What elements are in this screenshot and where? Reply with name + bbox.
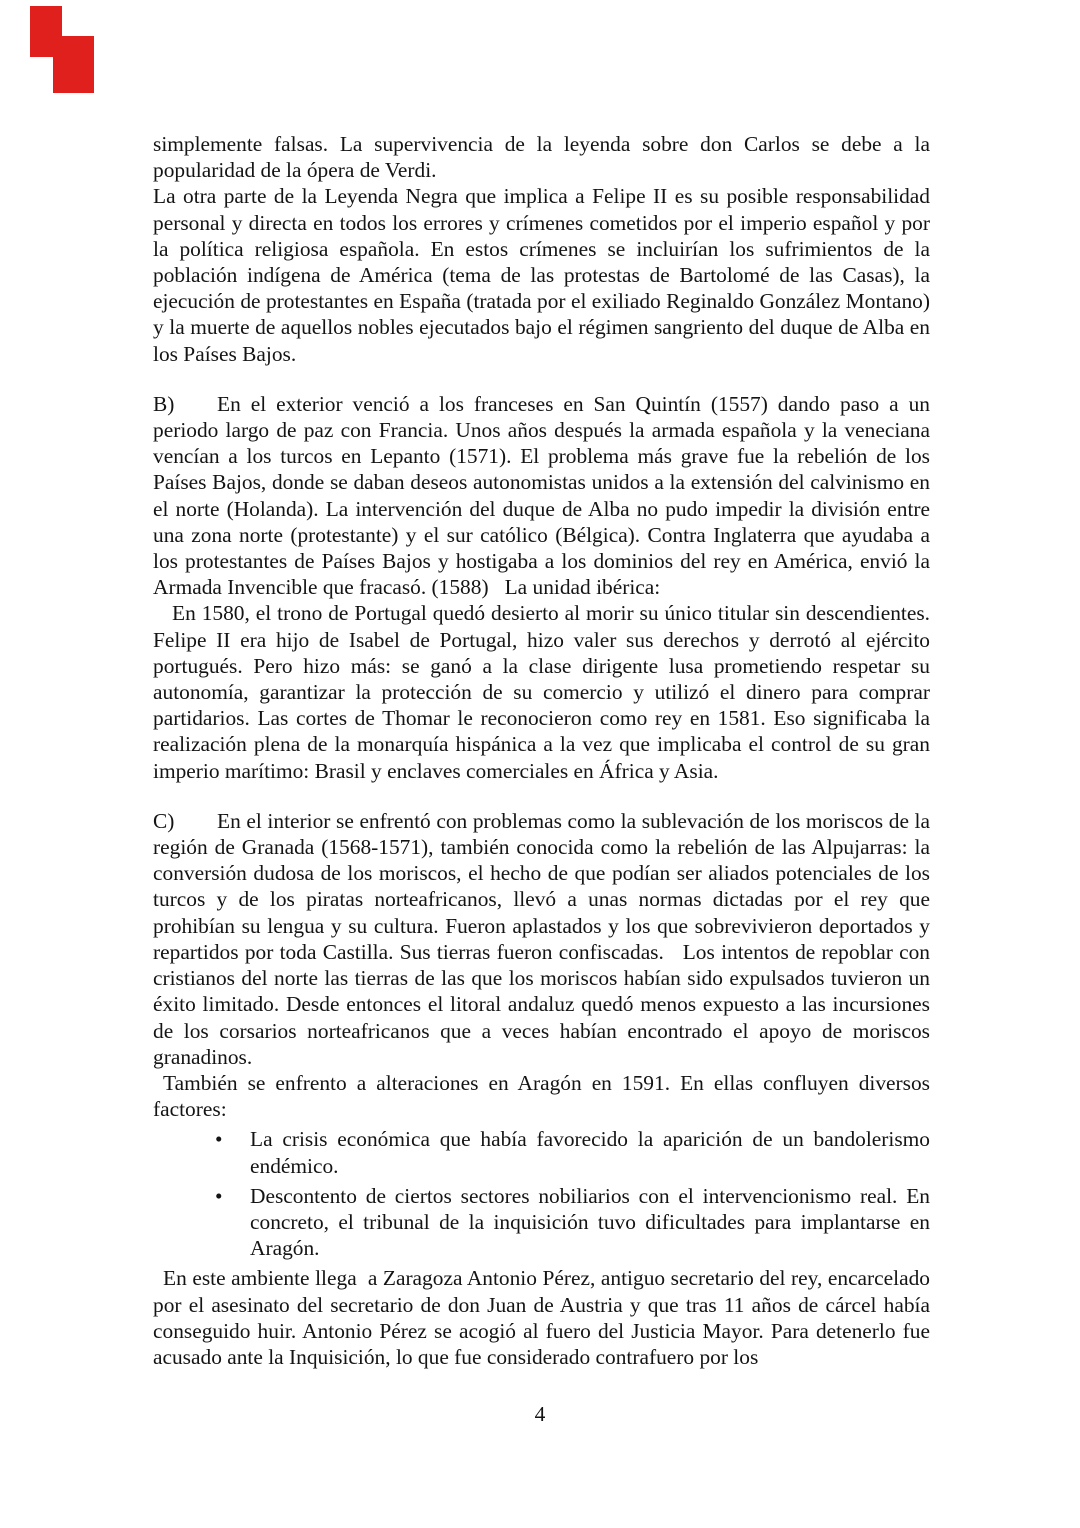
paragraph-portugal: En 1580, el trono de Portugal quedó desi… <box>153 600 930 783</box>
paragraph-aragon: También se enfrento a alteraciones en Ar… <box>153 1070 930 1122</box>
paragraph-section-b: B)En el exterior venció a los franceses … <box>153 391 930 601</box>
page-number: 4 <box>0 1402 1080 1427</box>
document-text-block: simplemente falsas. La supervivencia de … <box>153 131 930 1370</box>
red-corner-mark-bottom <box>53 36 94 93</box>
paragraph-leyenda-negra: La otra parte de la Leyenda Negra que im… <box>153 183 930 366</box>
list-item-descontento: • Descontento de ciertos sectores nobili… <box>153 1183 930 1262</box>
section-label-b: B) <box>153 391 217 417</box>
blank-line <box>153 367 930 391</box>
list-item-descontento-text: Descontento de ciertos sectores nobiliar… <box>250 1184 930 1260</box>
bullet-icon: • <box>215 1126 223 1152</box>
bullet-icon: • <box>215 1183 223 1209</box>
list-item-crisis-text: La crisis económica que había favorecido… <box>250 1127 930 1177</box>
paragraph-section-c: C)En el interior se enfrentó con problem… <box>153 808 930 1070</box>
section-label-c: C) <box>153 808 217 834</box>
bullet-list: • La crisis económica que había favoreci… <box>153 1126 930 1261</box>
paragraph-antonio-perez: En este ambiente llega a Zaragoza Antoni… <box>153 1265 930 1370</box>
paragraph-don-carlos: simplemente falsas. La supervivencia de … <box>153 131 930 183</box>
list-item-crisis: • La crisis económica que había favoreci… <box>153 1126 930 1178</box>
paragraph-section-b-text: En el exterior venció a los franceses en… <box>153 392 930 599</box>
paragraph-section-c-text: En el interior se enfrentó con problemas… <box>153 809 930 1069</box>
blank-line <box>153 784 930 808</box>
